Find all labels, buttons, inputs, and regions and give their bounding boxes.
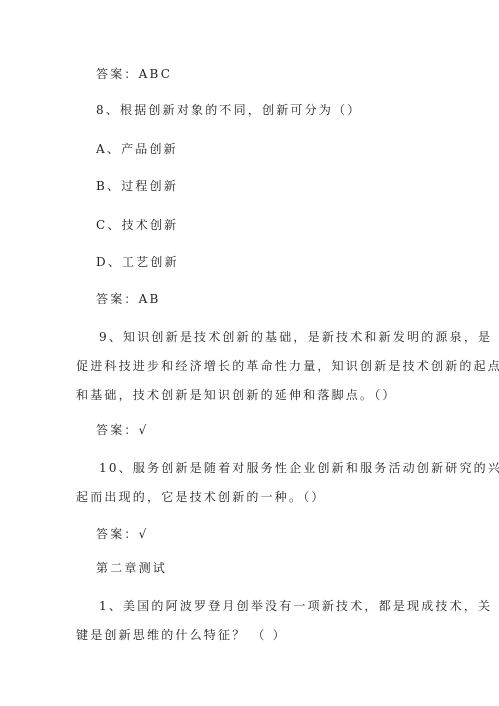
question-8-option-a: A、产品创新: [96, 142, 178, 156]
answer-q7: 答案：ABC: [96, 67, 172, 81]
chapter-2-heading: 第二章测试: [96, 561, 167, 575]
answer-q8: 答案：AB: [96, 292, 161, 306]
question-9-line-2: 促进科技进步和经济增长的革命性力量，知识创新是技术创新的起点: [76, 352, 424, 381]
question-10-line-1: 10、服务创新是随着对服务性企业创新和服务活动创新研究的兴: [76, 454, 424, 483]
question-10-line-2: 起而出现的，它是技术创新的一种。（）: [76, 483, 424, 512]
question-8-option-d: D、工艺创新: [96, 255, 179, 269]
question-9: 9、知识创新是技术创新的基础，是新技术和新发明的源泉，是 促进科技进步和经济增长…: [76, 323, 424, 410]
answer-q10: 答案：√: [96, 527, 148, 541]
question-8-option-b: B、过程创新: [96, 179, 178, 193]
chapter-2-question-1: 1、美国的阿波罗登月创举没有一项新技术，都是现成技术，关 键是创新思维的什么特征…: [76, 592, 424, 650]
question-9-line-3: 和基础，技术创新是知识创新的延伸和落脚点。（）: [76, 381, 424, 410]
chapter-2-question-1-line-1: 1、美国的阿波罗登月创举没有一项新技术，都是现成技术，关: [76, 592, 424, 621]
question-8-stem: 8、根据创新对象的不同，创新可分为（）: [96, 103, 361, 117]
question-9-line-1: 9、知识创新是技术创新的基础，是新技术和新发明的源泉，是: [76, 323, 424, 352]
question-10: 10、服务创新是随着对服务性企业创新和服务活动创新研究的兴 起而出现的，它是技术…: [76, 454, 424, 512]
document-page: 答案：ABC 8、根据创新对象的不同，创新可分为（） A、产品创新 B、过程创新…: [0, 0, 499, 706]
chapter-2-question-1-line-2: 键是创新思维的什么特征？ （ ）: [76, 621, 424, 650]
answer-q9: 答案：√: [96, 423, 148, 437]
question-8-option-c: C、技术创新: [96, 218, 178, 232]
